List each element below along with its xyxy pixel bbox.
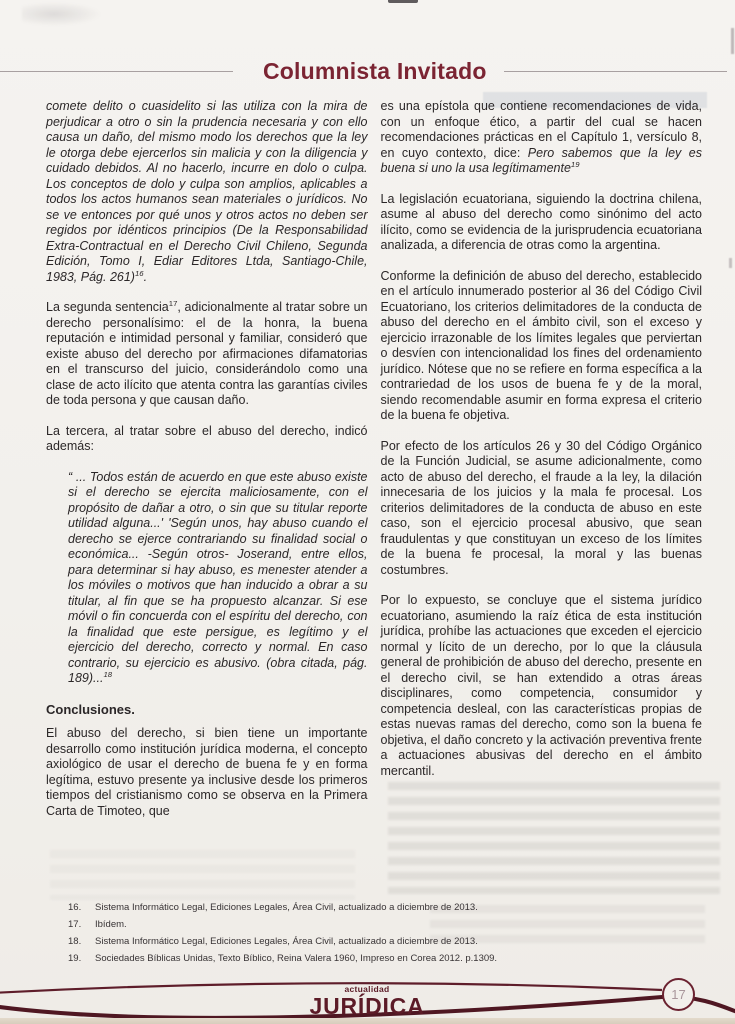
text-run: . [144,270,147,284]
footnote-text: Ibídem. [95,916,688,933]
footnotes: 16.Sistema Informático Legal, Ediciones … [68,899,688,967]
paragraph: El abuso del derecho, si bien tiene un i… [46,726,368,819]
text-run: Por lo expuesto, se concluye que el sist… [381,593,703,778]
paragraph: es una epístola que contiene recomendaci… [381,99,703,177]
show-through-text [50,850,355,900]
text-run: Por efecto de los artículos 26 y 30 del … [381,439,703,577]
header-rule-right [504,71,727,73]
magazine-page: Columnista Invitado comete delito o cuas… [0,0,735,1024]
footnote: 18.Sistema Informático Legal, Ediciones … [68,933,688,950]
article-body: comete delito o cuasidelito si las utili… [46,99,702,834]
paragraph: Por efecto de los artículos 26 y 30 del … [381,439,703,579]
scan-artifact-smudge [22,2,102,26]
paragraph: Por lo expuesto, se concluye que el sist… [381,593,703,779]
paragraph: comete delito o cuasidelito si las utili… [46,99,368,285]
scan-artifact-edge-tick [729,258,732,268]
text-run: comete delito o cuasidelito si las utili… [46,99,368,284]
brand-logo-name: JURÍDICA [267,995,467,1018]
footnote-reference: 18 [103,670,112,679]
scan-artifact-edge-tick [731,28,734,54]
page-title: Columnista Invitado [263,58,487,85]
section-heading: Conclusiones. [46,702,368,718]
scan-bottom-strip [0,1018,735,1024]
text-run: , adicionalmente al tratar sobre un dere… [46,300,368,407]
footnote-number: 16. [68,899,95,916]
paragraph: Conforme la definición de abuso del dere… [381,269,703,424]
footnote-number: 17. [68,916,95,933]
show-through-text [388,782,720,894]
right-column: es una epístola que contiene recomendaci… [381,99,703,834]
page-header: Columnista Invitado [0,58,735,85]
left-column: comete delito o cuasidelito si las utili… [46,99,368,834]
footnote-reference: 16 [135,268,144,277]
text-run: La tercera, al tratar sobre el abuso del… [46,424,368,454]
page-number: 17 [671,987,685,1002]
brand-logo: actualidad JURÍDICA [267,985,467,1018]
footnote: 17.Ibídem. [68,916,688,933]
text-run: Conclusiones. [46,702,135,717]
scan-artifact-top-bar [388,0,418,3]
text-run: La segunda sentencia [46,300,169,314]
text-run: Conforme la definición de abuso del dere… [381,269,703,423]
footnote-reference: 19 [571,160,580,169]
paragraph: La legislación ecuatoriana, siguiendo la… [381,192,703,254]
block-quote: “ ... Todos están de acuerdo en que este… [46,470,368,687]
footnote: 16.Sistema Informático Legal, Ediciones … [68,899,688,916]
paragraph: La tercera, al tratar sobre el abuso del… [46,424,368,455]
footnote-text: Sistema Informático Legal, Ediciones Leg… [95,899,688,916]
paragraph: La segunda sentencia17, adicionalmente a… [46,300,368,409]
text-run: El abuso del derecho, si bien tiene un i… [46,726,368,818]
page-number-badge: 17 [662,978,695,1011]
text-run: La legislación ecuatoriana, siguiendo la… [381,192,703,253]
footnote-number: 18. [68,933,95,950]
text-run: “ ... Todos están de acuerdo en que este… [68,470,368,686]
header-rule-left [0,71,233,73]
footnote-text: Sistema Informático Legal, Ediciones Leg… [95,933,688,950]
